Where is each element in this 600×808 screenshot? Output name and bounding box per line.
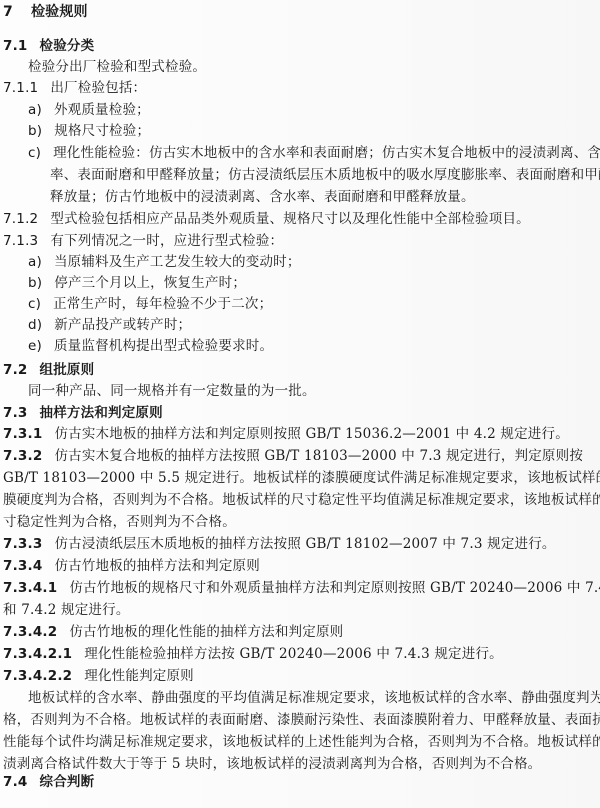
- clause-number: 7.1.1: [3, 80, 38, 96]
- section-title: 检验分类: [40, 38, 95, 54]
- clause-text: 型式检验包括相应产品品类外观质量、规格尺寸以及理化性能中全部检验项目。: [50, 211, 530, 227]
- list-label: c): [28, 145, 41, 161]
- paragraph: 地板试样的含水率、静曲强度的平均值满足标准规定要求，该地板试样的含水率、静曲强度…: [28, 689, 600, 707]
- section-heading-7-1: 7.1检验分类: [3, 37, 94, 55]
- paragraph-continuation: 性能每个试件均满足标准规定要求，该地板试样的上述性能判为合格，否则判为不合格。地…: [3, 733, 600, 751]
- clause-number: 7.3.1: [3, 426, 42, 442]
- document-page: 7检验规则 7.1检验分类 检验分出厂检验和型式检验。 7.1.1出厂检验包括：…: [0, 0, 600, 808]
- list-text: 质量监督机构提出型式检验要求时。: [54, 338, 273, 354]
- list-item: c)正常生产时，每年检验不少于二次；: [28, 295, 272, 313]
- list-item: e)质量监督机构提出型式检验要求时。: [28, 337, 273, 355]
- clause-7-1-2: 7.1.2型式检验包括相应产品品类外观质量、规格尺寸以及理化性能中全部检验项目。: [3, 210, 530, 228]
- section-number: 7.4: [3, 774, 28, 790]
- clause-7-3-4-1: 7.3.4.1仿古竹地板的规格尺寸和外观质量抽样方法和判定原则按照 GB/T 2…: [3, 579, 600, 597]
- section-title: 综合判断: [40, 774, 95, 790]
- clause-number: 7.1.2: [3, 211, 38, 227]
- clause-7-3-4-2-2: 7.3.4.2.2理化性能判定原则: [3, 667, 194, 685]
- list-text: 当原辅料及生产工艺发生较大的变动时；: [54, 254, 301, 270]
- list-item: b)停产三个月以上，恢复生产时；: [28, 274, 246, 292]
- clause-7-3-3: 7.3.3仿古浸渍纸层压木质地板的抽样方法按照 GB/T 18102—2007 …: [3, 535, 556, 553]
- section-title: 组批原则: [40, 362, 95, 378]
- section-heading-7: 7检验规则: [3, 3, 88, 21]
- clause-number: 7.3.4.1: [3, 580, 57, 596]
- list-item: b)规格尺寸检验；: [28, 122, 150, 140]
- clause-text: 仿古竹地板的理化性能的抽样方法和判定原则: [69, 624, 343, 640]
- list-text: 外观质量检验；: [54, 102, 150, 118]
- clause-number: 7.3.2: [3, 448, 42, 464]
- clause-number: 7.3.4: [3, 558, 42, 574]
- section-title: 抽样方法和判定原则: [40, 405, 163, 421]
- paragraph-continuation: 格，否则判为不合格。地板试样的表面耐磨、漆膜耐污染性、表面漆膜附着力、甲醛释放量…: [3, 711, 600, 729]
- list-item-continuation: 率、表面耐磨和甲醛释放量；仿古浸渍纸层压木质地板中的吸水厚度膨胀率、表面耐磨和甲…: [50, 166, 600, 184]
- clause-text: 理化性能判定原则: [84, 668, 194, 684]
- list-label: b): [28, 123, 42, 139]
- list-text: 新产品投产或转产时；: [54, 317, 191, 333]
- paragraph: 同一种产品、同一规格并有一定数量的为一批。: [28, 382, 316, 400]
- clause-continuation: 和 7.4.2 规定进行。: [3, 601, 130, 619]
- paragraph-continuation: 渍剥离合格试件数大于等于 5 块时，该地板试样的浸渍剥离判为合格，否则判为不合格…: [3, 755, 541, 773]
- clause-number: 7.3.4.2.2: [3, 668, 72, 684]
- clause-7-3-4-2-1: 7.3.4.2.1理化性能检验抽样方法按 GB/T 20240—2006 中 7…: [3, 645, 503, 663]
- clause-continuation: 膜硬度判为合格，否则判为不合格。地板试样的尺寸稳定性平均值满足标准规定要求，该地…: [3, 491, 600, 509]
- clause-text: 理化性能检验抽样方法按 GB/T 20240—2006 中 7.4.3 规定进行…: [84, 646, 503, 662]
- clause-text: 仿古竹地板的抽样方法和判定原则: [54, 558, 260, 574]
- list-item: a)外观质量检验；: [28, 101, 150, 119]
- paragraph: 检验分出厂检验和型式检验。: [28, 58, 206, 76]
- section-number: 7: [3, 4, 13, 20]
- clause-7-3-2: 7.3.2仿古实木复合地板的抽样方法按照 GB/T 18103—2000 中 7…: [3, 447, 583, 465]
- clause-7-1-3: 7.1.3有下列情况之一时，应进行型式检验：: [3, 232, 283, 250]
- clause-text: 仿古浸渍纸层压木质地板的抽样方法按照 GB/T 18102—2007 中 7.3…: [54, 536, 555, 552]
- list-item: a)当原辅料及生产工艺发生较大的变动时；: [28, 253, 301, 271]
- clause-text: 有下列情况之一时，应进行型式检验：: [50, 233, 283, 249]
- list-label: d): [28, 317, 42, 333]
- section-number: 7.1: [3, 38, 28, 54]
- section-heading-7-4: 7.4综合判断: [3, 773, 94, 791]
- clause-number: 7.1.3: [3, 233, 38, 249]
- section-heading-7-3: 7.3抽样方法和判定原则: [3, 404, 163, 422]
- clause-continuation: 寸稳定性判为合格，否则判为不合格。: [3, 513, 236, 531]
- clause-number: 7.3.3: [3, 536, 42, 552]
- clause-number: 7.3.4.2.1: [3, 646, 72, 662]
- clause-text: 仿古实木地板的抽样方法和判定原则按照 GB/T 15036.2—2001 中 4…: [54, 426, 568, 442]
- clause-7-1-1: 7.1.1出厂检验包括：: [3, 79, 146, 97]
- clause-number: 7.3.4.2: [3, 624, 57, 640]
- list-item: d)新产品投产或转产时；: [28, 316, 191, 334]
- list-item: c)理化性能检验：仿古实木地板中的含水率和表面耐磨；仿古实木复合地板中的浸渍剥离…: [28, 144, 600, 162]
- clause-continuation: GB/T 18103—2000 中 5.5 规定进行。地板试样的漆膜硬度试件满足…: [3, 469, 600, 487]
- clause-text: 仿古实木复合地板的抽样方法按照 GB/T 18103—2000 中 7.3 规定…: [54, 448, 583, 464]
- section-title: 检验规则: [31, 4, 88, 20]
- section-number: 7.2: [3, 362, 28, 378]
- list-text: 正常生产时，每年检验不少于二次；: [53, 296, 272, 312]
- clause-7-3-4: 7.3.4仿古竹地板的抽样方法和判定原则: [3, 557, 260, 575]
- section-number: 7.3: [3, 405, 28, 421]
- list-text: 停产三个月以上，恢复生产时；: [54, 275, 246, 291]
- clause-7-3-4-2: 7.3.4.2仿古竹地板的理化性能的抽样方法和判定原则: [3, 623, 343, 641]
- list-label: e): [28, 338, 42, 354]
- list-label: c): [28, 296, 41, 312]
- section-heading-7-2: 7.2组批原则: [3, 361, 94, 379]
- list-label: a): [28, 254, 42, 270]
- list-label: b): [28, 275, 42, 291]
- list-item-continuation: 释放量；仿古竹地板中的浸渍剥离、含水率、表面耐磨和甲醛释放量。: [50, 188, 475, 206]
- list-text: 理化性能检验：仿古实木地板中的含水率和表面耐磨；仿古实木复合地板中的浸渍剥离、含…: [53, 145, 600, 161]
- clause-7-3-1: 7.3.1仿古实木地板的抽样方法和判定原则按照 GB/T 15036.2—200…: [3, 425, 569, 443]
- list-text: 规格尺寸检验；: [54, 123, 150, 139]
- clause-text: 出厂检验包括：: [50, 80, 146, 96]
- list-label: a): [28, 102, 42, 118]
- clause-text: 仿古竹地板的规格尺寸和外观质量抽样方法和判定原则按照 GB/T 20240—20…: [69, 580, 600, 596]
